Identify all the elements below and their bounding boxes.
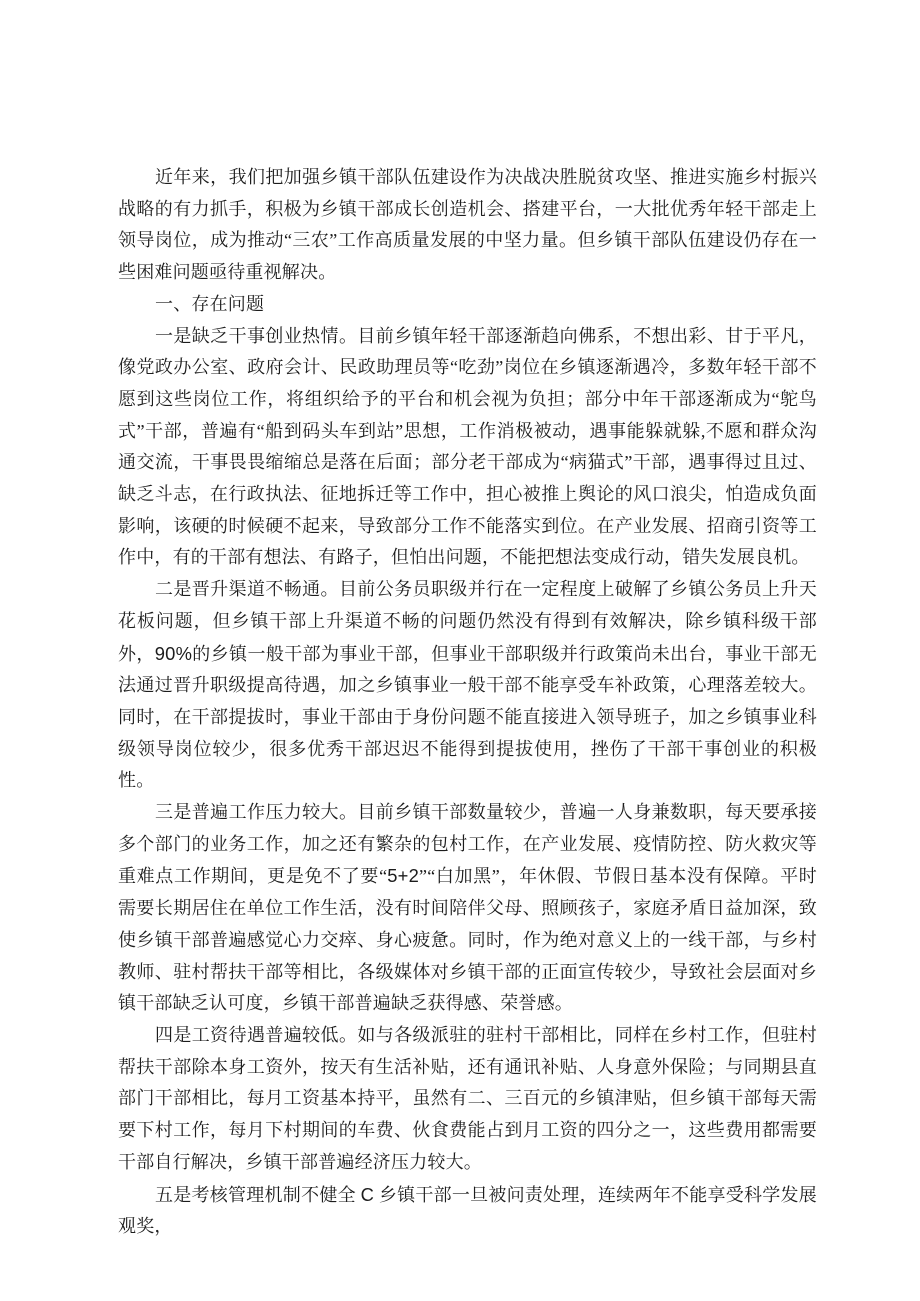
paragraph: 四是工资待遇普遍较低。如与各级派驻的驻村干部相比，同样在乡村工作，但驻村帮扶干部… xyxy=(118,1020,817,1179)
paragraph: 五是考核管理机制不健全 C 乡镇干部一旦被问责处理，连续两年不能享受科学发展观奖… xyxy=(118,1179,817,1243)
latin-text: C xyxy=(361,1184,374,1205)
paragraph: 二是晋升渠道不畅通。目前公务员职级并行在一定程度上破解了乡镇公务员上升天花板问题… xyxy=(118,574,817,797)
document-body: 近年来，我们把加强乡镇干部队伍建设作为决战决胜脱贫攻坚、推进实施乡村振兴战略的有… xyxy=(118,162,817,1243)
paragraph: 一是缺乏干事创业热情。目前乡镇年轻干部逐渐趋向佛系，不想出彩、甘于平凡，像党政办… xyxy=(118,321,817,575)
latin-text: 5+2 xyxy=(387,865,419,886)
paragraph: 三是普遍工作压力较大。目前乡镇干部数量较少，普遍一人身兼数职，每天要承接多个部门… xyxy=(118,797,817,1020)
section-heading: 一、存在问题 xyxy=(118,289,817,321)
latin-text: 90% xyxy=(155,643,192,664)
document-page: 近年来，我们把加强乡镇干部队伍建设作为决战决胜脱贫攻坚、推进实施乡村振兴战略的有… xyxy=(0,0,920,1301)
paragraph: 近年来，我们把加强乡镇干部队伍建设作为决战决胜脱贫攻坚、推进实施乡村振兴战略的有… xyxy=(118,162,817,289)
